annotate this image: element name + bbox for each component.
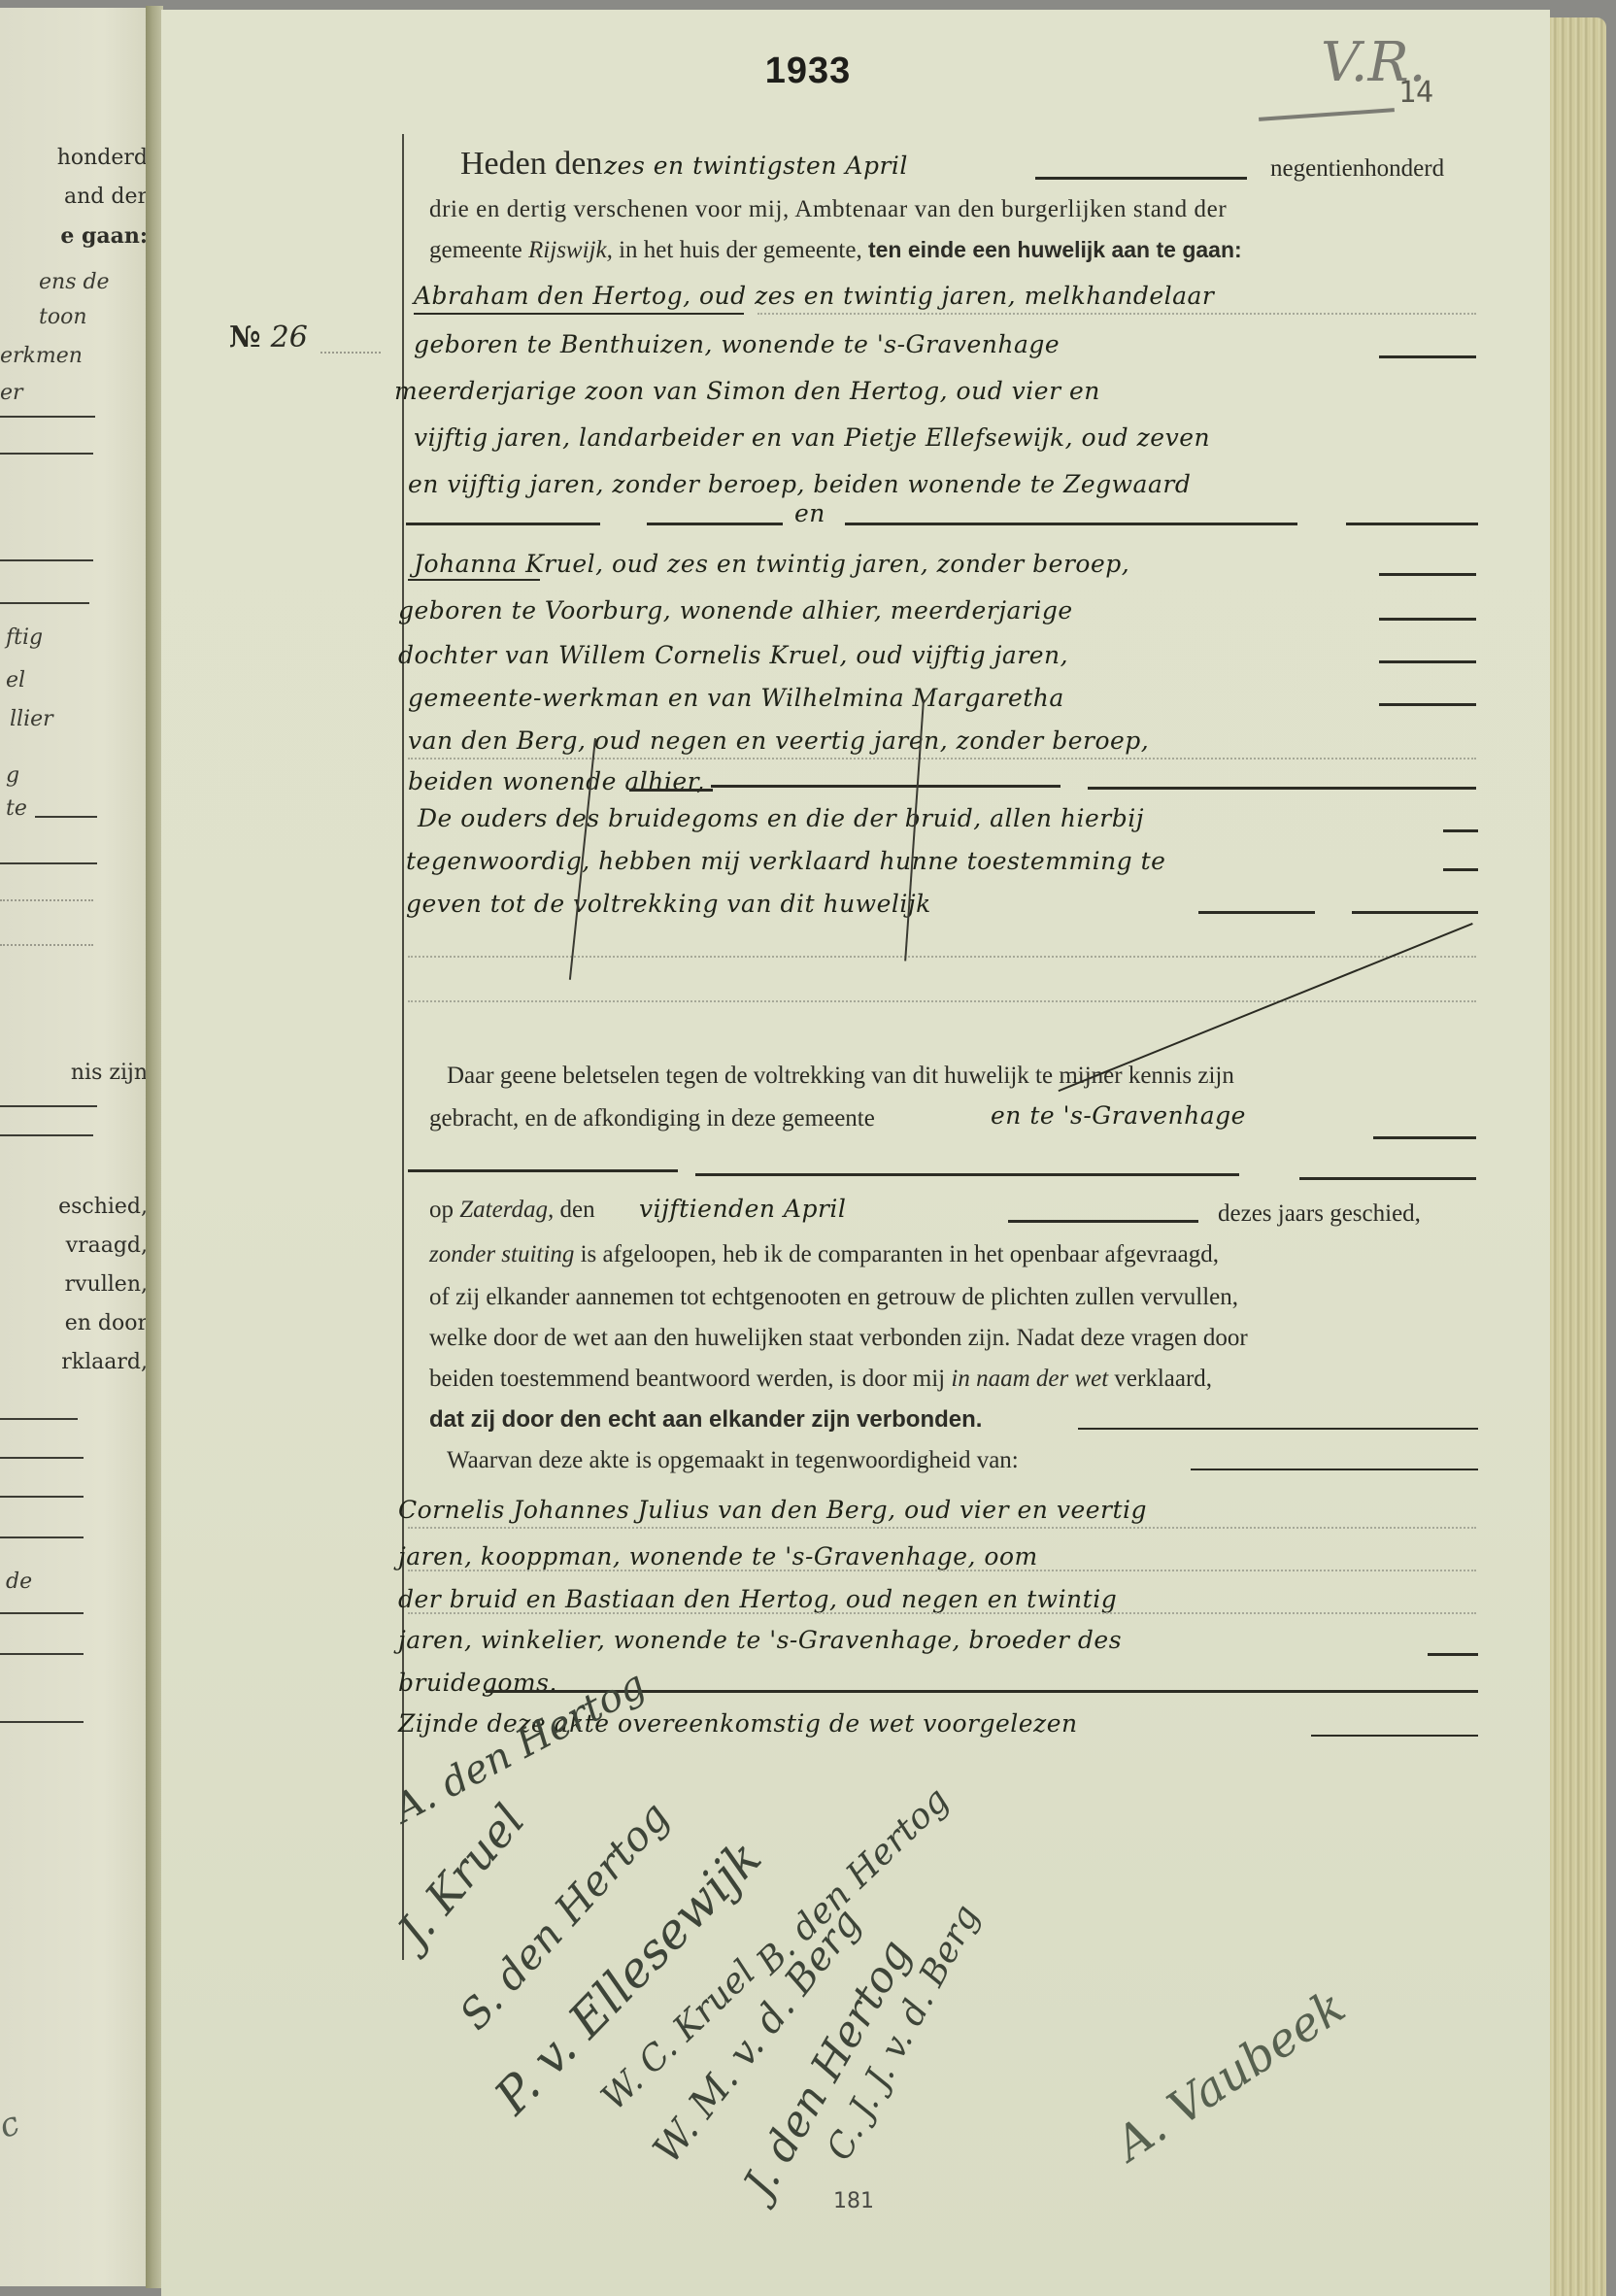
opening-line-3: gemeente Rijswijk, in het huis der gemee… (429, 237, 1242, 264)
proclamation-date-handwritten: vijftienden April (639, 1195, 846, 1223)
proclamation-line-2-prefix: gebracht, en de afkondiging in deze geme… (429, 1105, 875, 1132)
left-hand-line: toon (39, 305, 87, 329)
page-number: 181 (833, 2189, 874, 2213)
left-rule (0, 453, 93, 455)
dotted-rule (408, 1527, 1476, 1529)
fill-rule (1373, 1136, 1476, 1139)
fill-rule (1352, 911, 1478, 914)
proclamation-line-7-suffix: verklaard, (1114, 1366, 1212, 1392)
left-rule (0, 1721, 84, 1723)
fill-rule (1198, 911, 1315, 914)
proclamation-place-handwritten: en te 's-Gravenhage (991, 1101, 1246, 1130)
left-print-line: nis zijn (71, 1061, 148, 1085)
left-rule (0, 1612, 84, 1614)
municipality-name: Rijswijk, (528, 237, 613, 263)
witness-line: Cornelis Johannes Julius van den Berg, o… (398, 1496, 1147, 1524)
left-rule (0, 1457, 84, 1459)
dotted-rule (408, 1000, 1476, 1002)
proclamation-line-5: of zij elkander aannemen tot echtgenoote… (429, 1284, 1238, 1311)
fill-rule (1088, 787, 1476, 790)
bride-line: geboren te Voorburg, wonende alhier, mee… (398, 596, 1073, 625)
witness-line: der bruid en Bastiaan den Hertog, oud ne… (398, 1585, 1117, 1613)
act-number-value: 26 (271, 321, 308, 355)
left-hand-line: g (6, 763, 19, 788)
fill-rule (629, 789, 713, 792)
fill-rule (1443, 829, 1478, 832)
proclamation-den: den (560, 1197, 595, 1223)
left-hand-line: erkmen (0, 344, 83, 368)
opening-line-2: drie en dertig verschenen voor mij, Ambt… (429, 196, 1227, 223)
bride-name-underline (408, 579, 540, 581)
consent-line: De ouders des bruidegoms en die der brui… (418, 804, 1144, 832)
left-rule (0, 559, 93, 561)
groom-line: meerderjarige zoon van Simon den Hertog,… (394, 377, 1100, 405)
left-rule (0, 1105, 97, 1107)
declaration-bold: dat zij door den echt aan elkander zijn … (429, 1406, 982, 1433)
left-dotted-rule (0, 899, 93, 901)
proclamation-line-4: zonder stuiting is afgeloopen, heb ik de… (429, 1241, 1219, 1268)
bride-line: gemeente-werkman en van Wilhelmina Marga… (408, 684, 1064, 712)
fill-rule (1299, 1177, 1476, 1180)
fill-rule (711, 785, 1060, 788)
fill-rule (406, 523, 600, 525)
groom-line: en vijftig jaren, zonder beroep, beiden … (408, 470, 1191, 498)
fill-rule (695, 1173, 1239, 1176)
consent-line: tegenwoordig, hebben mij verklaard hunne… (406, 847, 1165, 875)
left-hand-line: ens de (39, 270, 110, 294)
fill-rule (1035, 177, 1247, 180)
left-rule (0, 602, 89, 604)
dotted-rule (408, 758, 1476, 760)
dotted-rule (408, 1612, 1476, 1614)
left-rule (0, 1418, 78, 1420)
opening-suffix: negentienhonderd (1270, 155, 1444, 183)
groom-line: geboren te Benthuizen, wonende te 's-Gra… (414, 330, 1060, 358)
act-number-label: № (229, 321, 261, 355)
fill-rule (1008, 1220, 1198, 1223)
bride-line: van den Berg, oud negen en veertig jaren… (408, 726, 1149, 755)
page-edges (1550, 17, 1606, 2296)
fill-rule (408, 1169, 678, 1172)
witness-line: jaren, winkelier, wonende te 's-Gravenha… (398, 1626, 1122, 1654)
fill-rule (1379, 660, 1476, 663)
left-print-line: en door (65, 1311, 148, 1335)
left-print-line: honderd (57, 146, 148, 170)
fill-rule (1191, 1469, 1478, 1470)
left-rule (0, 416, 95, 418)
left-print-line: and der (64, 185, 148, 209)
dotted-rule (408, 1570, 1476, 1571)
left-page-fragment: honderd and der e gaan: ens de toon erkm… (0, 8, 148, 2286)
fill-rule (1443, 868, 1478, 871)
left-rule (35, 816, 97, 818)
fill-rule (1379, 618, 1476, 621)
fill-rule (647, 523, 783, 525)
proclamation-line-7-prefix: beiden toestemmend beantwoord werden, is… (429, 1366, 945, 1392)
proclamation-line-8: dat zij door den echt aan elkander zijn … (429, 1406, 982, 1434)
fill-rule (1379, 355, 1476, 358)
zonder-stuiting: zonder stuiting (429, 1241, 574, 1267)
left-hand-line: el (6, 668, 25, 692)
opening-bold: ten einde een huwelijk aan te gaan: (868, 237, 1242, 262)
bride-line: dochter van Willem Cornelis Kruel, oud v… (398, 641, 1068, 669)
left-signature-fragment: c (0, 2104, 24, 2146)
fill-rule (1379, 573, 1476, 576)
left-rule (0, 1653, 84, 1655)
municipality-label: gemeente (429, 237, 522, 263)
opening-prefix: Heden den (460, 146, 602, 182)
left-hand-line: llier (10, 707, 53, 731)
witness-line: jaren, kooppman, wonende te 's-Gravenhag… (398, 1542, 1038, 1570)
proclamation-op: op (429, 1197, 454, 1223)
connector-en: en (794, 499, 825, 527)
marriage-date-handwritten: zes en twintigsten April (604, 152, 908, 180)
proclamation-line-9: Waarvan deze akte is opgemaakt in tegenw… (447, 1447, 1019, 1474)
left-hand-line: er (0, 381, 23, 405)
left-dotted-rule (0, 944, 93, 946)
groom-line: vijftig jaren, landarbeider en van Pietj… (414, 423, 1210, 452)
groom-line: Abraham den Hertog, oud zes en twintig j… (414, 282, 1214, 310)
left-rule (0, 862, 97, 864)
left-rule (0, 1496, 84, 1498)
opening-mid: in het huis der gemeente, (619, 237, 862, 263)
in-naam-der-wet: in naam der wet (951, 1366, 1108, 1392)
fill-rule (1428, 1653, 1478, 1656)
folio-number: 14 (1398, 76, 1433, 110)
act-number: №26 (229, 321, 308, 355)
left-hand-line: de (6, 1570, 32, 1594)
left-hand-line: te (6, 796, 27, 821)
consent-line: geven tot de voltrekking van dit huwelij… (406, 890, 931, 918)
left-print-line: rklaard, (61, 1350, 148, 1374)
left-rule (0, 1536, 84, 1538)
fill-rule (1078, 1428, 1478, 1430)
fill-rule (1311, 1735, 1478, 1737)
proclamation-line-3: op Zaterdag, den (429, 1197, 595, 1224)
left-rule (0, 1134, 93, 1136)
proclamation-line-6: welke door de wet aan den huwelijken sta… (429, 1325, 1248, 1352)
proclamation-line-1: Daar geene beletselen tegen de voltrekki… (447, 1063, 1234, 1090)
dotted-rule (408, 956, 1476, 958)
bride-line: Johanna Kruel, oud zes en twintig jaren,… (414, 550, 1129, 578)
fill-rule (1346, 523, 1478, 525)
proclamation-line-3-suffix: dezes jaars geschied, (1218, 1200, 1421, 1228)
left-hand-line: ftig (6, 625, 43, 650)
proclamation-weekday: Zaterdag, (459, 1197, 554, 1223)
left-print-line: vraagd, (66, 1233, 148, 1258)
act-number-dots (320, 352, 381, 354)
left-print-line: eschied, (58, 1195, 148, 1219)
fill-rule (1379, 703, 1476, 706)
left-print-line: e gaan: (60, 223, 148, 249)
opening-line-1: Heden den (460, 146, 602, 183)
left-print-line: rvullen, (65, 1272, 148, 1297)
proclamation-line-7: beiden toestemmend beantwoord werden, is… (429, 1366, 1212, 1393)
proclamation-line-4-rest: is afgeloopen, heb ik de comparanten in … (581, 1241, 1219, 1267)
groom-name-underline (414, 313, 744, 315)
fill-rule (845, 523, 1297, 525)
dotted-rule (757, 313, 1476, 315)
